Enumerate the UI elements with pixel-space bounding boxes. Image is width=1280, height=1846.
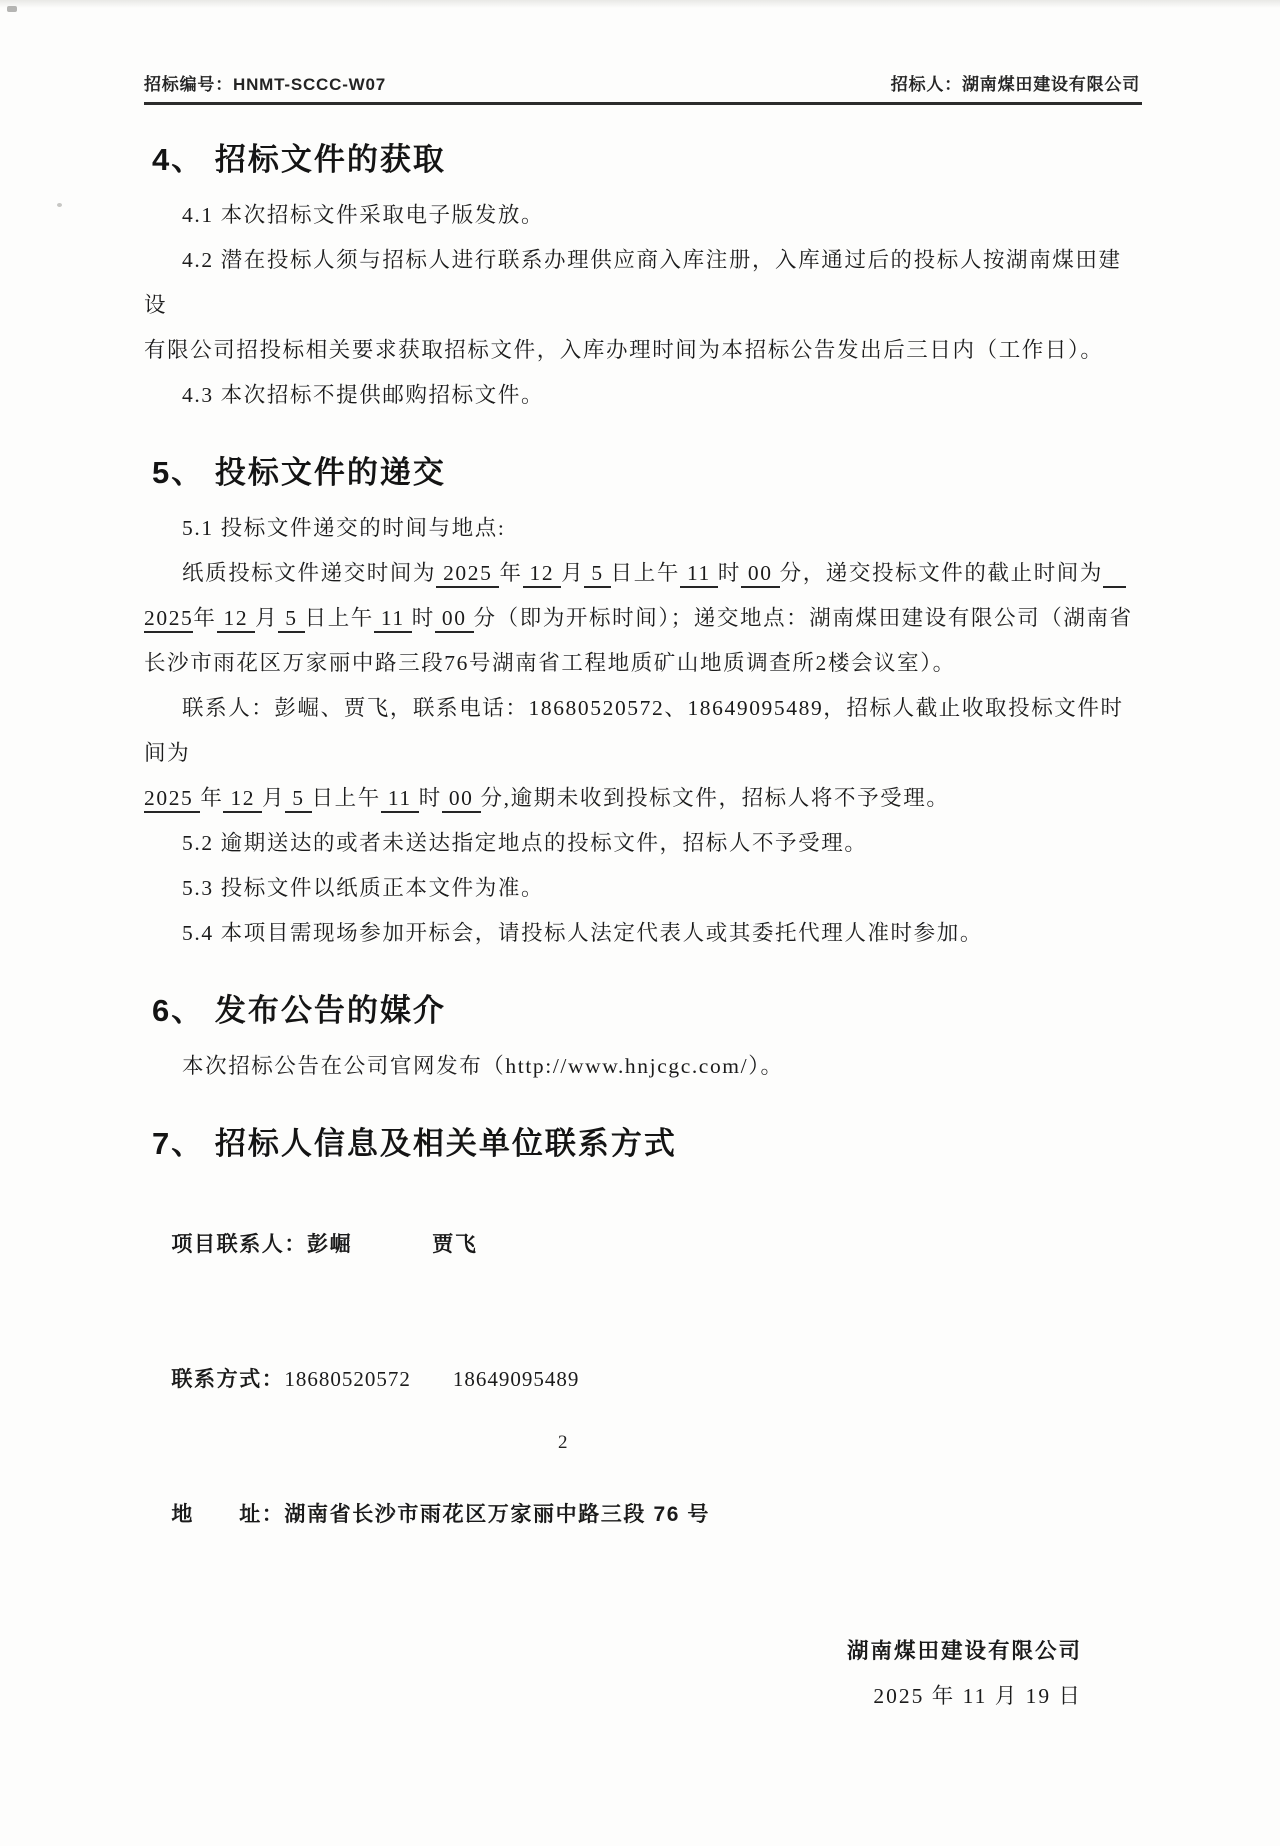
- address-label: 地 址：: [171, 1503, 284, 1526]
- address-value: 湖南省长沙市雨花区万家丽中路三段 76 号: [284, 1503, 710, 1526]
- address-row: 地 址：湖南省长沙市雨花区万家丽中路三段 76 号: [144, 1447, 1142, 1582]
- submit-time-line-3: 长沙市雨花区万家丽中路三段76号湖南省工程地质矿山地质调查所2楼会议室）。: [144, 641, 1142, 686]
- clause-5-3: 5.3 投标文件以纸质正本文件为准。: [144, 866, 1142, 911]
- contact-name-2: 贾飞: [432, 1233, 477, 1256]
- clause-4-2-line-1: 4.2 潜在投标人须与招标人进行联系办理供应商入库注册，入库通过后的投标人按湖南…: [144, 238, 1142, 328]
- section5-title: 5、 投标文件的递交: [152, 452, 1140, 494]
- submit-time-line-1: 纸质投标文件递交时间为 2025 年 12 月 5 日上午 11 时 00 分，…: [144, 551, 1142, 596]
- document-page: 招标编号：HNMT-SCCC-W07 招标人：湖南煤田建设有限公司 4、 招标文…: [0, 0, 1280, 1846]
- page-header: 招标编号：HNMT-SCCC-W07 招标人：湖南煤田建设有限公司: [0, 0, 1280, 95]
- clause-5-1: 5.1 投标文件递交的时间与地点:: [144, 506, 1142, 551]
- submit-time-line-2: 2025年 12 月 5 日上午 11 时 00 分（即为开标时间）；递交地点：…: [144, 596, 1142, 641]
- phone-row: 联系方式：1868052057218649095489: [144, 1312, 1142, 1447]
- contact-name-1: 彭崛: [307, 1233, 352, 1256]
- section7-title: 7、 招标人信息及相关单位联系方式: [152, 1123, 1140, 1165]
- phone-number-2: 18649095489: [453, 1367, 580, 1391]
- announcement-media-paragraph: 本次招标公告在公司官网发布（http://www.hnjcgc.com/）。: [144, 1044, 1142, 1089]
- section4-title: 4、 招标文件的获取: [152, 139, 1140, 181]
- clause-5-4: 5.4 本项目需现场参加开标会，请投标人法定代表人或其委托代理人准时参加。: [144, 911, 1142, 956]
- section6-title: 6、 发布公告的媒介: [152, 990, 1140, 1032]
- project-contact-label: 项目联系人：: [171, 1233, 307, 1256]
- phone-label: 联系方式：: [171, 1368, 284, 1391]
- contact-persons-line-1: 联系人：彭崛、贾飞，联系电话：18680520572、18649095489，招…: [144, 686, 1142, 776]
- scan-edge-artifact: [0, 0, 1280, 8]
- clause-4-1: 4.1 本次招标文件采取电子版发放。: [144, 193, 1142, 238]
- signature-company: 湖南煤田建设有限公司: [0, 1629, 1082, 1674]
- clause-5-2: 5.2 逾期送达的或者未送达指定地点的投标文件，招标人不予受理。: [144, 821, 1142, 866]
- phone-number-1: 18680520572: [284, 1367, 411, 1391]
- scan-speck-margin: [57, 203, 62, 207]
- header-divider: [144, 102, 1142, 105]
- page-number: 2: [558, 1432, 568, 1454]
- signature-block: 湖南煤田建设有限公司 2025 年 11 月 19 日: [0, 1629, 1082, 1719]
- scan-speck-corner: [7, 6, 17, 12]
- contact-persons-line-2: 2025 年 12 月 5 日上午 11 时 00 分,逾期未收到投标文件，招标…: [144, 776, 1142, 821]
- project-contact-row: 项目联系人：彭崛贾飞: [144, 1177, 1142, 1312]
- clause-4-2-line-2: 有限公司招投标相关要求获取招标文件，入库办理时间为本招标公告发出后三日内（工作日…: [144, 328, 1142, 373]
- tender-number-label: 招标编号：HNMT-SCCC-W07: [144, 70, 386, 95]
- signature-date: 2025 年 11 月 19 日: [0, 1674, 1082, 1719]
- clause-4-3: 4.3 本次招标不提供邮购招标文件。: [144, 373, 1142, 418]
- tenderer-name-label: 招标人：湖南煤田建设有限公司: [891, 70, 1140, 95]
